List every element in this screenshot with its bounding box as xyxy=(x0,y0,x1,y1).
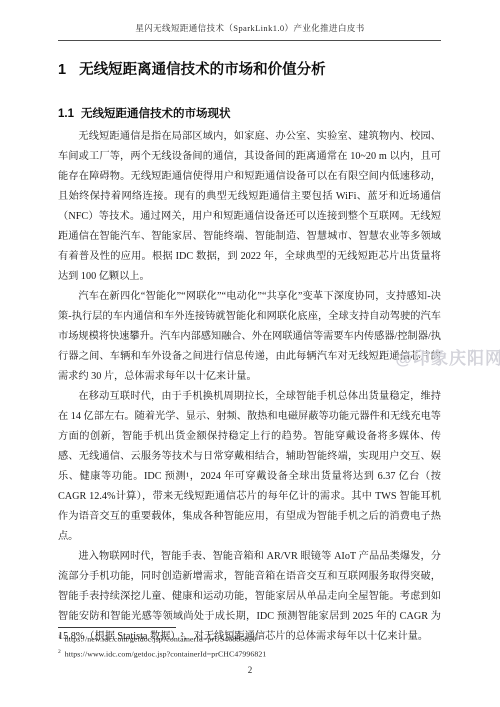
site-watermark: @印象庆阳网 xyxy=(395,344,500,369)
page-number: 2 xyxy=(0,665,500,675)
document-page: 星闪无线短距通信技术（SparkLink1.0）产业化推进白皮书 1无线短距离通… xyxy=(0,0,500,707)
footnote-2-marker: 2 xyxy=(58,649,61,655)
footnote-divider xyxy=(58,627,176,628)
section-title: 无线短距离通信技术的市场和价值分析 xyxy=(79,62,326,78)
section-heading-1: 1无线短距离通信技术的市场和价值分析 xyxy=(58,58,441,79)
footnote-2-url[interactable]: https://www.idc.com/getdoc.jsp?container… xyxy=(65,650,267,659)
footnote-1: 1https://new.idc.com/getdoc.jsp?containe… xyxy=(58,631,441,646)
page-header-title: 星闪无线短距通信技术（SparkLink1.0）产业化推进白皮书 xyxy=(0,22,500,34)
subsection-number: 1.1 xyxy=(58,108,74,120)
paragraph-mobile-wearables: 在移动互联时代，由于手机换机周期拉长，全球智能手机总体出货量稳定，维持在 14 … xyxy=(58,387,441,547)
body-text-block: 无线短距通信是指在局部区域内，如家庭、办公室、实验室、建筑物内、校园、车间或工厂… xyxy=(58,127,441,647)
footnote-list: 1https://new.idc.com/getdoc.jsp?containe… xyxy=(58,631,441,661)
section-number: 1 xyxy=(58,62,66,78)
paragraph-market-overview: 无线短距通信是指在局部区域内，如家庭、办公室、实验室、建筑物内、校园、车间或工厂… xyxy=(58,127,441,287)
footnote-2: 2https://www.idc.com/getdoc.jsp?containe… xyxy=(58,646,441,661)
paragraph-automotive: 汽车在新四化“智能化”“网联化”“电动化”“共享化”变革下深度协同，支持感知-决… xyxy=(58,287,441,387)
header-divider xyxy=(58,40,441,41)
subsection-heading-1-1: 1.1无线短距通信技术的市场现状 xyxy=(58,105,441,121)
subsection-title: 无线短距通信技术的市场现状 xyxy=(81,108,231,120)
footnote-1-marker: 1 xyxy=(58,634,61,640)
footnote-1-url[interactable]: https://new.idc.com/getdoc.jsp?container… xyxy=(65,635,257,644)
